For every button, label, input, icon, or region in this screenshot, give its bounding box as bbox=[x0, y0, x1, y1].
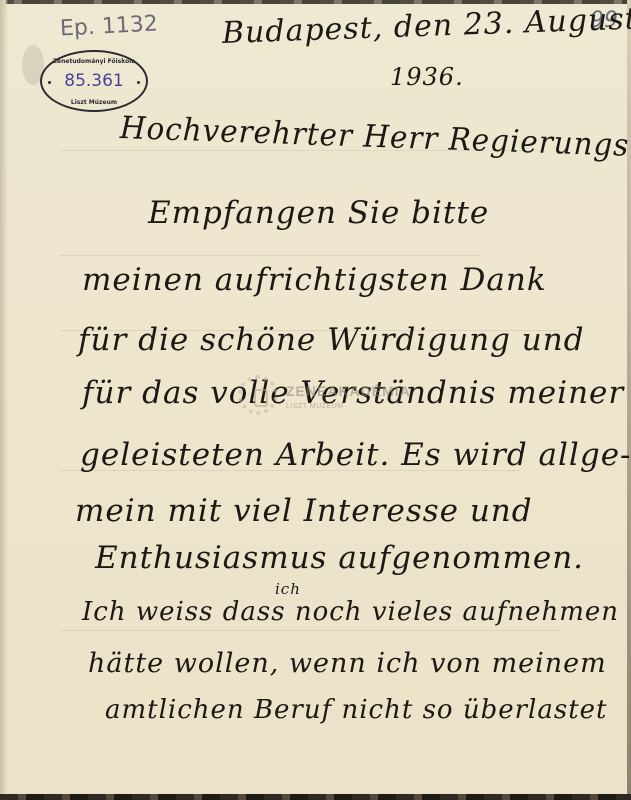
page-top-edge bbox=[0, 0, 631, 4]
letter-page: Ep. 1132 99 Zenetudományi Főiskola 85.36… bbox=[0, 0, 631, 800]
paper-show-through bbox=[60, 255, 480, 256]
stamp-institution: Zenetudományi Főiskola bbox=[42, 58, 146, 65]
stamp-museum: Liszt Múzeum bbox=[42, 99, 146, 106]
stamp-dot-icon bbox=[137, 81, 140, 84]
letter-line-5: geleisteten Arbeit. Es wird allge- bbox=[80, 437, 631, 473]
letter-line-8: Ich weiss dass noch vieles aufnehmen bbox=[82, 597, 619, 627]
interlinear-insertion: ich bbox=[275, 580, 301, 598]
letter-line-3: für die schöne Würdigung und bbox=[78, 322, 585, 358]
letter-line-2: meinen aufrichtigsten Dank bbox=[82, 262, 547, 298]
letter-line-6: mein mit viel Interesse und bbox=[75, 493, 533, 529]
zeneakademia-watermark: ZENEAKADÉMIA LISZT MÚZEUM bbox=[238, 375, 438, 425]
stamp-inventory-number: 85.361 bbox=[42, 71, 146, 91]
letter-line-7: Enthusiasmus aufgenommen. bbox=[95, 540, 584, 576]
watermark-title: ZENEAKADÉMIA bbox=[286, 383, 411, 399]
dateline-place-date: Budapest, den 23. August bbox=[221, 1, 631, 50]
zeneakademia-emblem-icon bbox=[238, 375, 278, 415]
page-right-edge bbox=[627, 0, 631, 800]
letter-line-1: Empfangen Sie bitte bbox=[148, 195, 489, 231]
page-bottom-edge bbox=[0, 794, 631, 800]
page-left-edge bbox=[0, 0, 8, 800]
salutation: Hochverehrter Herr Regierungsrat! bbox=[119, 110, 631, 166]
letter-line-10: amtlichen Beruf nicht so überlastet bbox=[105, 695, 607, 725]
paper-show-through bbox=[60, 630, 560, 631]
watermark-subtitle: LISZT MÚZEUM bbox=[286, 403, 344, 410]
archive-reference-number: Ep. 1132 bbox=[59, 11, 158, 41]
dateline-year: 1936. bbox=[390, 63, 464, 91]
letter-line-9: hätte wollen, wenn ich von meinem bbox=[88, 648, 607, 679]
archive-stamp: Zenetudományi Főiskola 85.361 Liszt Múze… bbox=[40, 50, 148, 112]
stamp-dot-icon bbox=[48, 81, 51, 84]
